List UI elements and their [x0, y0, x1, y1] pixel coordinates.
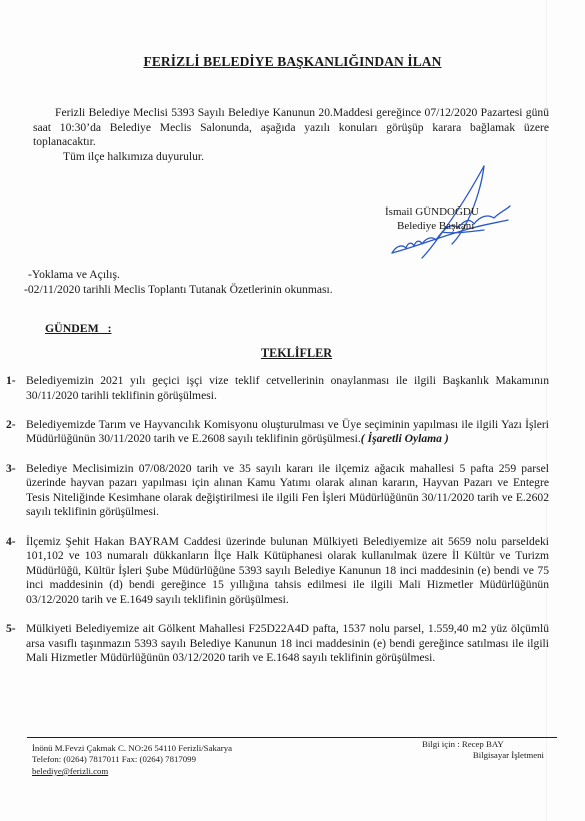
signature-block: İsmail GÜNDOĞDU Belediye Başkanı — [385, 206, 479, 233]
item-number: 2- — [6, 418, 16, 433]
agenda-item-list: 1- Belediyemizin 2021 yılı geçici işçi v… — [0, 374, 585, 680]
agenda-item: 5- Mülkiyeti Belediyemize ait Gölkent Ma… — [0, 622, 585, 666]
footer-divider — [27, 737, 557, 738]
proposals-heading: TEKLİFLER — [0, 346, 585, 361]
footer-email-link[interactable]: belediye@ferizli.com — [32, 766, 232, 777]
item-text: İlçemiz Şehit Hakan BAYRAM Caddesi üzeri… — [26, 535, 549, 606]
item-text: Belediyemizin 2021 yılı geçici işçi vize… — [26, 374, 549, 402]
preliminary-item: -02/11/2020 tarihli Meclis Toplantı Tuta… — [24, 283, 333, 298]
intro-paragraph: Ferizli Belediye Meclisi 5393 Sayılı Bel… — [33, 106, 549, 150]
item-text: Belediye Meclisimizin 07/08/2020 tarih v… — [26, 462, 549, 519]
agenda-item: 4- İlçemiz Şehit Hakan BAYRAM Caddesi üz… — [0, 535, 585, 608]
preliminary-item: -Yoklama ve Açılış. — [24, 268, 333, 283]
item-text: Mülkiyeti Belediyemize ait Gölkent Mahal… — [26, 622, 549, 664]
signatory-role: Belediye Başkanı — [385, 220, 479, 234]
item-number: 3- — [6, 462, 16, 477]
item-number: 5- — [6, 622, 16, 637]
document-page: FERİZLİ BELEDİYE BAŞKANLIĞINDAN İLAN Fer… — [0, 0, 585, 821]
intro-section: Ferizli Belediye Meclisi 5393 Sayılı Bel… — [33, 106, 549, 164]
footer-contact-info: İnönü M.Fevzi Çakmak C. NO:26 54110 Feri… — [32, 743, 232, 777]
document-title: FERİZLİ BELEDİYE BAŞKANLIĞINDAN İLAN — [0, 54, 585, 70]
agenda-heading: GÜNDEM : — [45, 321, 112, 336]
item-number: 4- — [6, 535, 16, 550]
footer-phone-fax: Telefon: (0264) 7817011 Fax: (0264) 7817… — [32, 754, 232, 765]
agenda-item: 2- Belediyemizde Tarım ve Hayvancılık Ko… — [0, 418, 585, 447]
footer-contact-title: Bilgisayar İşletmeni — [420, 750, 544, 761]
item-number: 1- — [6, 374, 16, 389]
signatory-name: İsmail GÜNDOĞDU — [385, 206, 479, 220]
agenda-item: 3- Belediye Meclisimizin 07/08/2020 tari… — [0, 462, 585, 520]
footer-contact-label: Bilgi için : Recep BAY — [420, 739, 544, 750]
agenda-item: 1- Belediyemizin 2021 yılı geçici işçi v… — [0, 374, 585, 403]
item-text: Belediyemizde Tarım ve Hayvancılık Komis… — [26, 418, 549, 446]
footer-address: İnönü M.Fevzi Çakmak C. NO:26 54110 Feri… — [32, 743, 232, 754]
preliminary-items: -Yoklama ve Açılış. -02/11/2020 tarihli … — [24, 268, 333, 297]
item-note: ( İşaretli Oylama ) — [361, 432, 449, 445]
footer-info-contact: Bilgi için : Recep BAY Bilgisayar İşletm… — [420, 739, 544, 762]
